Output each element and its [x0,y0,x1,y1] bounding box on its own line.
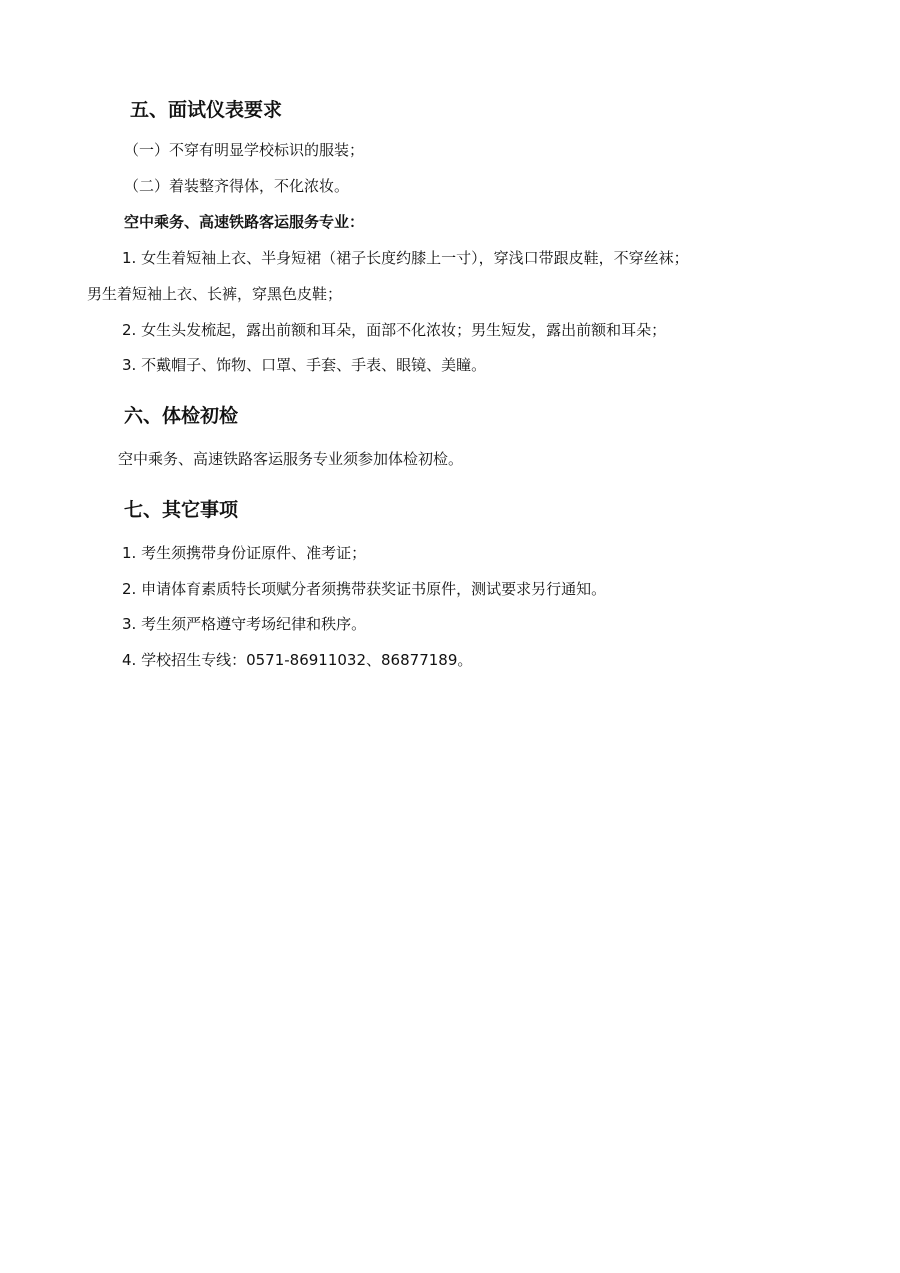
section-6-text: 空中乘务、高速铁路客运服务专业须参加体检初检。 [118,449,463,469]
section-5-numbered-3: 3. 不戴帽子、饰物、口罩、手套、手表、眼镜、美瞳。 [122,355,486,375]
section-7-heading: 七、其它事项 [124,497,238,523]
section-7-item-3: 3. 考生须严格遵守考场纪律和秩序。 [122,614,366,634]
section-5-subheading: 空中乘务、高速铁路客运服务专业： [124,212,364,232]
section-7-item-1: 1. 考生须携带身份证原件、准考证； [122,543,366,563]
section-5-item-2: （二）着装整齐得体，不化浓妆。 [124,176,349,196]
section-7-item-2: 2. 申请体育素质特长项赋分者须携带获奖证书原件，测试要求另行通知。 [122,579,606,599]
section-5-numbered-1-cont: 男生着短袖上衣、长裤，穿黑色皮鞋； [87,284,342,304]
section-6-heading: 六、体检初检 [124,403,238,429]
section-5-item-1: （一）不穿有明显学校标识的服装； [124,140,364,160]
section-5-numbered-1: 1. 女生着短袖上衣、半身短裙（裙子长度约膝上一寸），穿浅口带跟皮鞋，不穿丝袜； [122,248,689,268]
section-5-numbered-2: 2. 女生头发梳起，露出前额和耳朵，面部不化浓妆；男生短发，露出前额和耳朵； [122,320,666,340]
section-5-heading: 五、面试仪表要求 [130,97,282,123]
section-7-item-4: 4. 学校招生专线：0571-86911032、86877189。 [122,650,472,670]
